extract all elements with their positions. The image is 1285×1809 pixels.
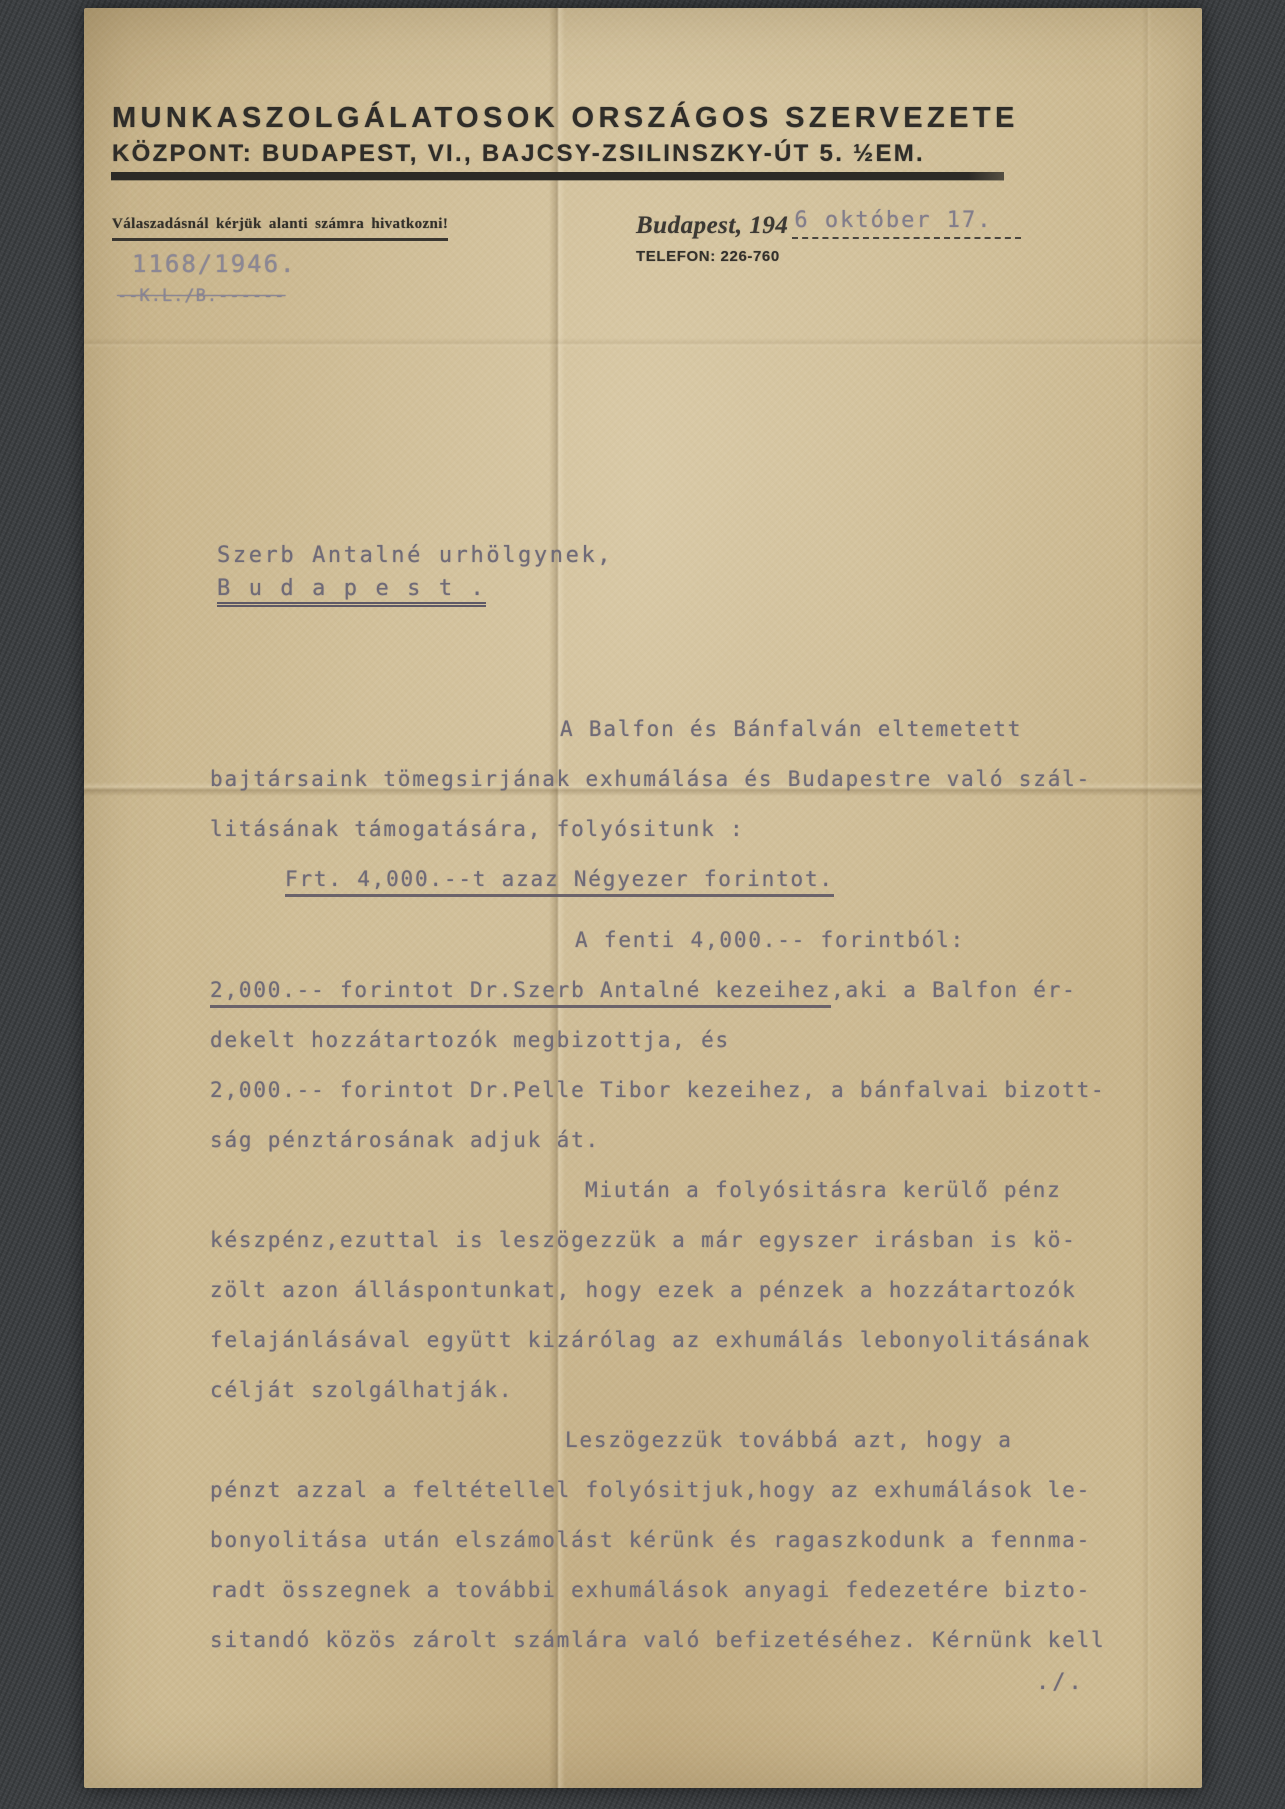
body-line: 2,000.-- forintot Dr.Szerb Antalné kezei…	[210, 965, 1125, 1015]
reference-note: Válaszadásnál kérjük alanti számra hivat…	[112, 216, 448, 241]
body-line: A Balfon és Bánfalván eltemetett	[210, 704, 1125, 754]
paragraph-conditions: Miután a folyósitásra kerülő pénz készpé…	[210, 1165, 1125, 1415]
addressee-city: B u d a p e s t .	[217, 572, 613, 605]
amount-underlined-text: Frt. 4,000.--t azaz Négyezer forintot.	[285, 867, 834, 897]
recipient-underlined-text: 2,000.-- forintot Dr.Szerb Antalné kezei…	[210, 978, 831, 1008]
clerk-initials-struck: --K.L./B.------	[117, 286, 286, 306]
body-line: célját szolgálhatják.	[210, 1365, 1125, 1415]
body-line: készpénz,ezuttal is leszögezzük a már eg…	[210, 1215, 1125, 1265]
body-line: A fenti 4,000.-- forintból:	[210, 915, 1125, 965]
letterhead-organization: MUNKASZOLGÁLATOSOK ORSZÁGOS SZERVEZETE	[112, 102, 1019, 135]
addressee-block: Szerb Antalné urhölgynek, B u d a p e s …	[217, 539, 613, 605]
body-line: radt összegnek a további exhumálások any…	[210, 1565, 1125, 1615]
body-line: pénzt azzal a feltétellel folyósitjuk,ho…	[210, 1465, 1125, 1515]
body-line: zölt azon álláspontunkat, hogy ezek a pé…	[210, 1265, 1125, 1315]
vertical-fold-crease-right	[1142, 8, 1152, 1788]
dateline-printed-prefix: Budapest, 194	[636, 212, 788, 239]
body-line: Leszögezzük továbbá azt, hogy a	[210, 1415, 1125, 1465]
telephone-line: TELEFON: 226-760	[636, 248, 780, 265]
body-line: ság pénztárosának adjuk át.	[210, 1115, 1125, 1165]
body-line: sitandó közös zárolt számlára való befiz…	[210, 1615, 1125, 1665]
body-line: litásának támogatására, folyósitunk :	[210, 804, 1125, 854]
body-line-continuation: ,aki a Balfon ér-	[831, 978, 1077, 1002]
continuation-mark: ./.	[1036, 1670, 1085, 1695]
dateline-typed-date: 6 október 17.	[792, 208, 1020, 239]
body-line: bonyolitása után elszámolást kérünk és r…	[210, 1515, 1125, 1565]
file-number: 1168/1946.	[132, 250, 297, 278]
paragraph-grant: A Balfon és Bánfalván eltemetett bajtárs…	[210, 704, 1125, 904]
paragraph-accounting: Leszögezzük továbbá azt, hogy a pénzt az…	[210, 1415, 1125, 1665]
dateline: Budapest, 1946 október 17.	[636, 212, 1021, 245]
letter-page: MUNKASZOLGÁLATOSOK ORSZÁGOS SZERVEZETE K…	[84, 8, 1202, 1788]
body-line: 2,000.-- forintot Dr.Pelle Tibor kezeihe…	[210, 1065, 1125, 1115]
body-line: Miután a folyósitásra kerülő pénz	[210, 1165, 1125, 1215]
body-line: felajánlásával együtt kizárólag az exhum…	[210, 1315, 1125, 1365]
body-line: dekelt hozzátartozók megbizottja, és	[210, 1015, 1125, 1065]
letterhead-address: KÖZPONT: BUDAPEST, VI., BAJCSY-ZSILINSZK…	[112, 140, 925, 168]
addressee-city-text: B u d a p e s t .	[217, 576, 486, 607]
letterhead-rule	[111, 172, 1004, 180]
paragraph-distribution: A fenti 4,000.-- forintból: 2,000.-- for…	[210, 915, 1125, 1165]
addressee-name: Szerb Antalné urhölgynek,	[217, 539, 613, 572]
body-line: bajtársaink tömegsirjának exhumálása és …	[210, 754, 1125, 804]
horizontal-fold-crease-upper	[84, 338, 1202, 348]
body-line-amount: Frt. 4,000.--t azaz Négyezer forintot.	[210, 854, 1125, 904]
